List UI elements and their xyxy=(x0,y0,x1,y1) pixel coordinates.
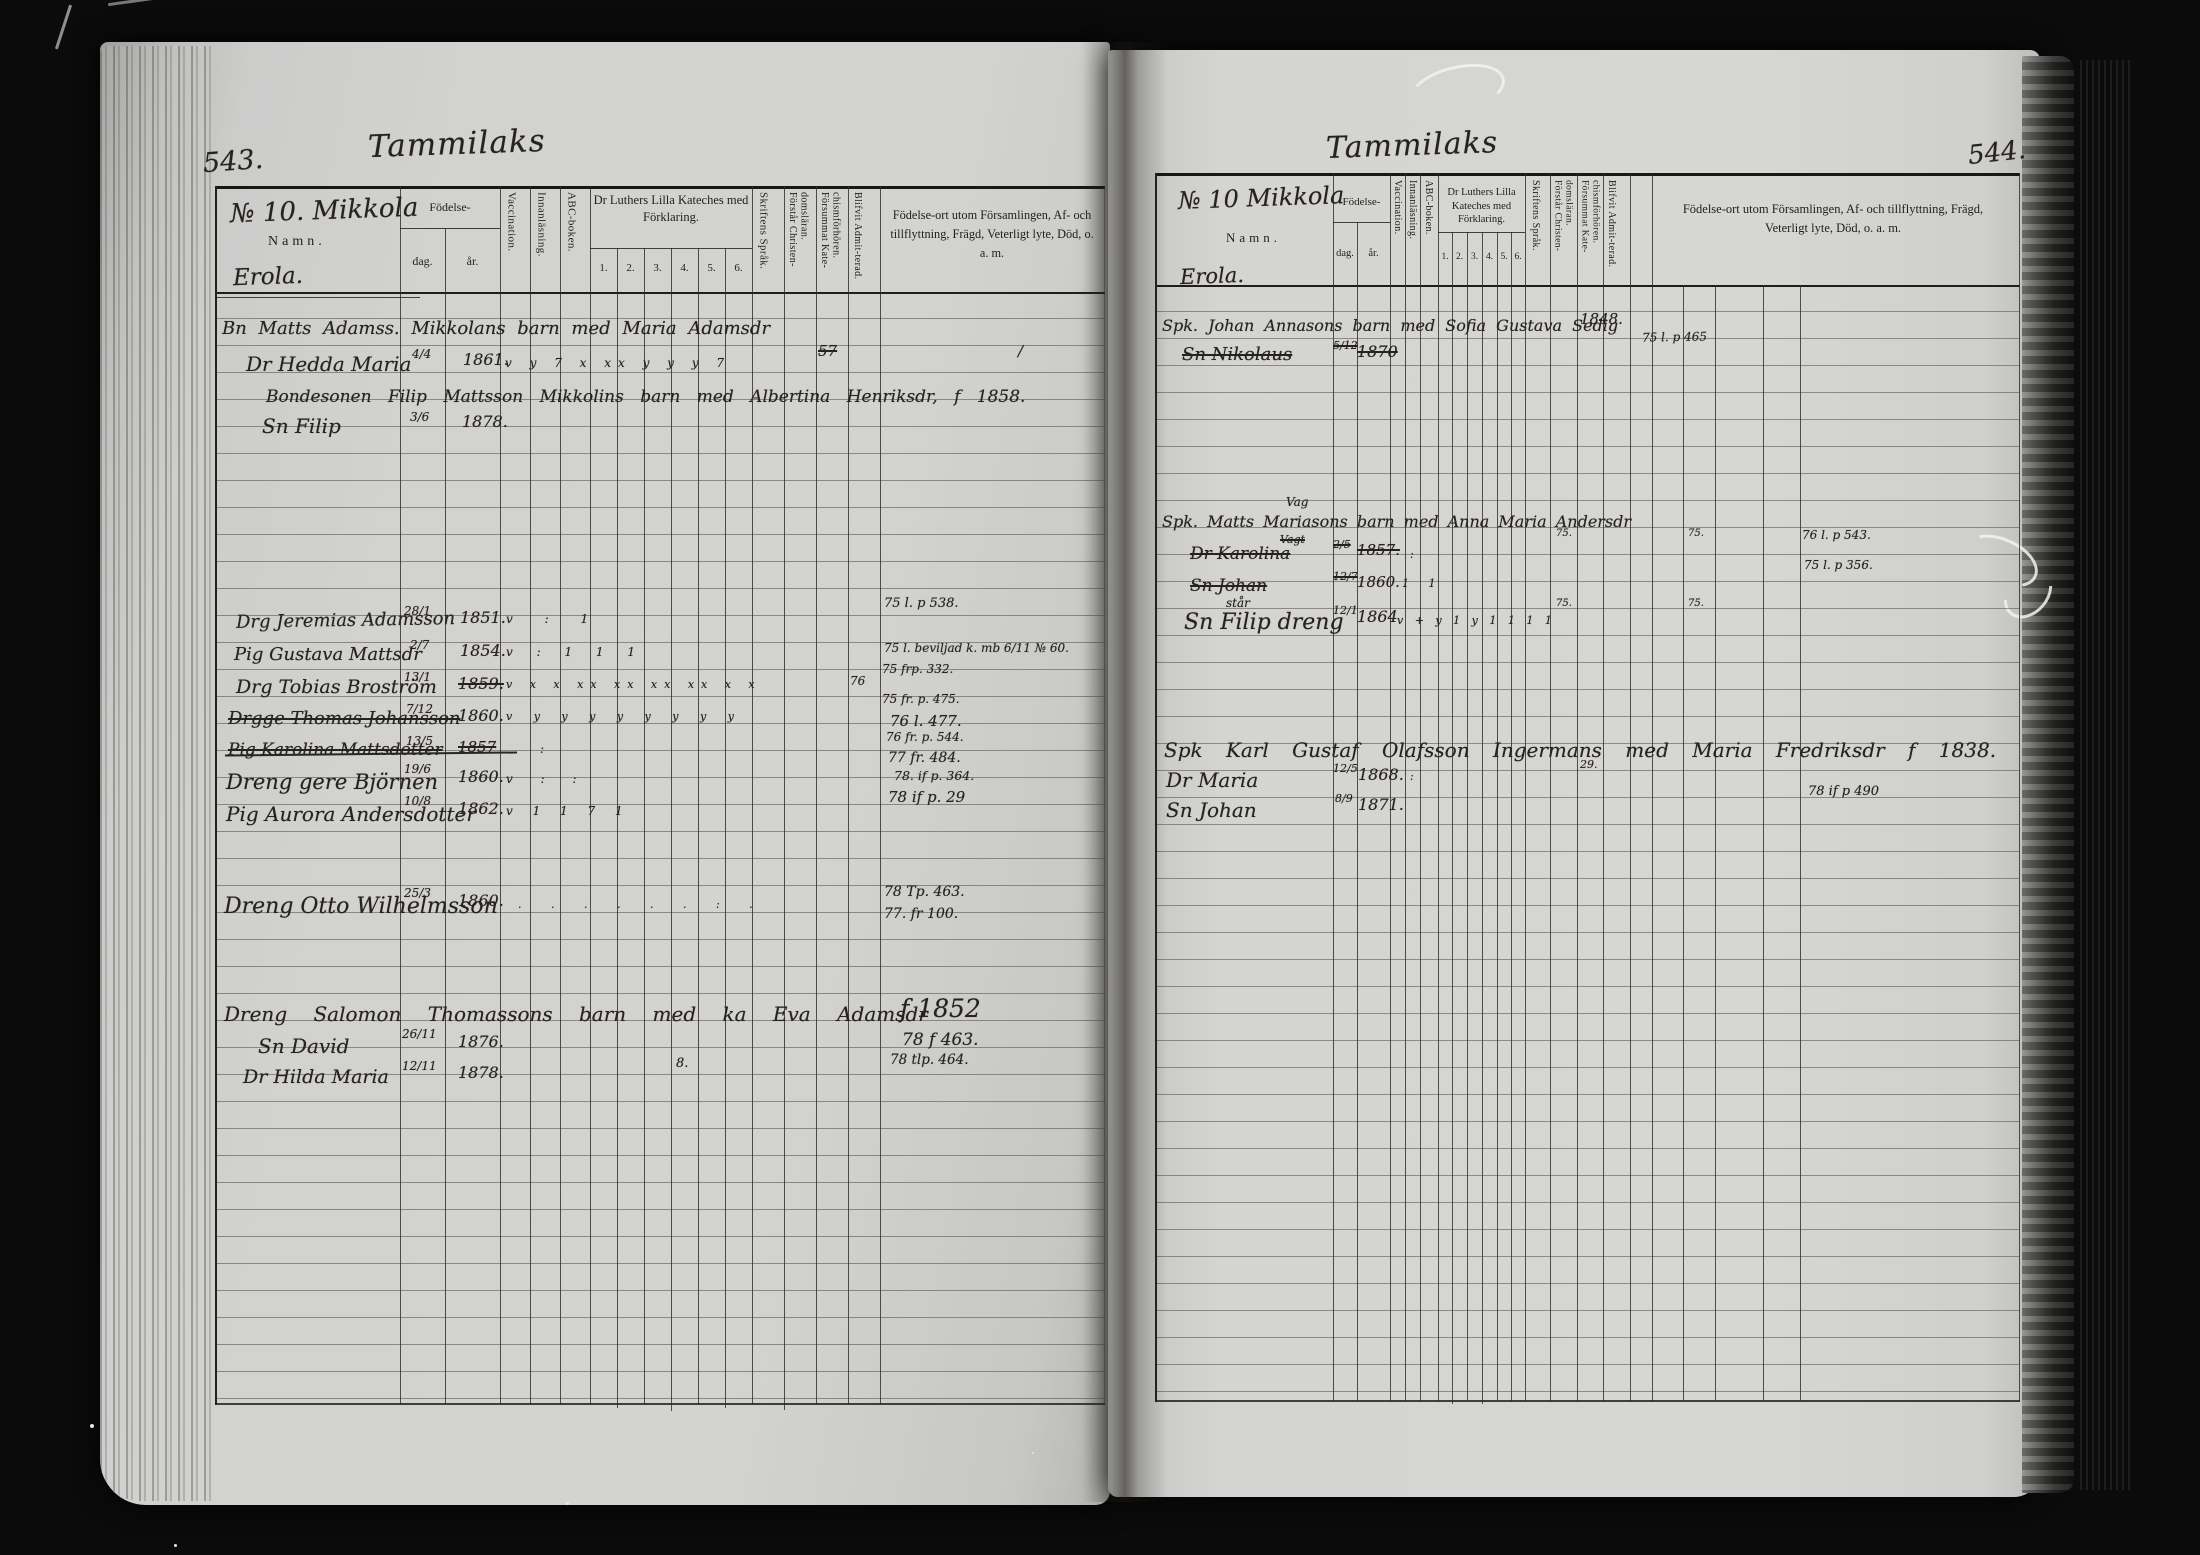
right-col-line xyxy=(1482,232,1483,1404)
entry-mark: 75. xyxy=(1556,528,1572,539)
entry-name: Sn Filip dreng xyxy=(1184,610,1344,635)
left-blifvit-header: Blifvit Admit-terad. xyxy=(852,192,879,294)
entry-exam-marks: 1 1 xyxy=(1402,577,1444,590)
entry-birth-day: 3/6 xyxy=(410,410,429,424)
right-ar-header: år. xyxy=(1357,248,1390,259)
left-vaccination-header: Vaccination. xyxy=(505,192,529,290)
annotation-small: 29. xyxy=(1580,758,1598,771)
left-notes-header: Födelse-ort utom Församlingen, Af- och t… xyxy=(888,206,1096,263)
entry-birth-year: 1860. xyxy=(458,891,504,910)
dust-speck xyxy=(90,1424,94,1428)
left-page-title: Tammilaks xyxy=(367,123,546,165)
right-col-line xyxy=(1467,232,1468,1400)
entry-exam-marks: v 1 1 7 1 xyxy=(506,804,631,818)
left-table-top-border xyxy=(215,186,1105,189)
right-namn-label: Namn. xyxy=(1226,230,1281,246)
left-kateches-col-5: 5. xyxy=(698,262,725,274)
right-innanlasning-header: Innanläsning. xyxy=(1407,180,1420,280)
right-col-line xyxy=(1497,232,1498,1400)
entry-exam-marks: v : : xyxy=(506,772,589,786)
right-subcol-line xyxy=(1683,285,1684,1400)
left-innanlasning-header: Innanläsning. xyxy=(535,192,559,290)
page-stack-edges xyxy=(100,46,212,1501)
entry-birth-year: 1854. xyxy=(460,641,506,660)
right-subcol-line xyxy=(1715,285,1716,1400)
entry-name-struck: Sn Nikolaus xyxy=(1182,344,1292,365)
entry-mark: 8. xyxy=(676,1056,688,1071)
entry-name: Dr Maria xyxy=(1166,768,1258,792)
right-heading-no: № 10 Mikkola xyxy=(1178,181,1345,215)
right-kateches-col-1: 1. xyxy=(1438,252,1452,262)
left-col-line xyxy=(848,186,849,1405)
right-dag-header: dag. xyxy=(1333,248,1357,259)
right-col-line xyxy=(1511,232,1512,1402)
left-col-line xyxy=(644,248,645,1405)
right-skriftens-header: Skriftens Språk. xyxy=(1530,180,1548,280)
entry-birth-year: 1864 xyxy=(1357,607,1398,626)
entry-name: Pig Aurora Andersdotter xyxy=(226,802,476,826)
margin-note: 78. if p. 364. xyxy=(894,768,974,783)
margin-note: 78 f 463. xyxy=(902,1030,979,1050)
right-notes-header: Födelse-ort utom Församlingen, Af- och t… xyxy=(1668,200,1998,238)
left-table-ruled-rows xyxy=(215,292,1105,1404)
entry-name: Sn David xyxy=(258,1034,349,1058)
right-right-border xyxy=(2019,173,2020,1402)
left-col-line xyxy=(880,186,881,1405)
margin-note: 75 frp. 332. xyxy=(882,662,953,676)
margin-note: 75 l. beviljad k. mb 6/11 № 60. xyxy=(884,641,1069,655)
entry-birth-year: 1860. xyxy=(458,767,504,786)
entry-birth-day: 2/7 xyxy=(410,638,429,652)
right-kateches-col-6: 6. xyxy=(1511,252,1525,262)
entry-birth-year: 1871. xyxy=(1358,795,1404,814)
entry-birth-day: 19/6 xyxy=(404,762,431,776)
entry-birth-year: 1876. xyxy=(458,1032,504,1051)
left-forsummat-header: Försummat Kate-chismförhören. xyxy=(819,192,847,294)
left-abc-boken-header: ABC-boken. xyxy=(565,192,589,290)
left-kateches-col-6: 6. xyxy=(725,262,752,274)
entry-name: Dr Hilda Maria xyxy=(243,1066,389,1088)
left-kateches-col-2: 2. xyxy=(617,262,644,274)
left-ar-header: år. xyxy=(445,254,500,269)
left-kateches-col-3: 3. xyxy=(644,262,671,274)
entry-mark: 75. xyxy=(1688,528,1704,539)
entry-mark: / xyxy=(1018,342,1023,360)
entry-birth-day: 13/1 xyxy=(404,670,431,684)
left-col-line xyxy=(617,248,618,1408)
entry-name: Dr Hedda Maria xyxy=(246,352,411,376)
entry-birth-day: 26/11 xyxy=(402,1027,437,1041)
right-kateches-col-4: 4. xyxy=(1482,252,1497,262)
right-page-number: 544. xyxy=(1967,135,2028,171)
entry-birth-day: 12/7 xyxy=(1333,570,1358,583)
entry-admitted-year: 76 xyxy=(850,674,865,688)
family-heading: Dreng Salomon Thomassons barn med ka Eva… xyxy=(224,1002,928,1026)
right-abc-boken-header: ABC-boken. xyxy=(1423,180,1437,280)
right-col-line xyxy=(1525,173,1526,1402)
margin-note: 78 if p 490 xyxy=(1808,784,1879,799)
right-subcol-line xyxy=(1800,285,1801,1400)
right-col-line xyxy=(1603,173,1604,1402)
margin-note: 77 fr. 484. xyxy=(888,750,961,766)
entry-birth-year: 1860. xyxy=(458,706,504,725)
right-table-top-border xyxy=(1155,173,2020,176)
right-col-line xyxy=(1652,173,1653,1402)
entry-birth-year: 1868. xyxy=(1358,765,1404,784)
right-kateches-col-2: 2. xyxy=(1452,252,1467,262)
entry-birth-day: 4/4 xyxy=(412,347,431,361)
entry-birth-year: 1870 xyxy=(1357,342,1398,361)
right-col-line xyxy=(1405,173,1406,1402)
margin-note: 76 l. p 543. xyxy=(1802,528,1871,542)
entry-birth-day: 12/11 xyxy=(402,1059,437,1073)
entry-mark: 75. xyxy=(1688,598,1704,609)
annotation-above: står xyxy=(1226,596,1250,610)
entry-name: Sn Filip xyxy=(262,414,341,438)
right-forsummat-header: Försummat Kate-chismförhören. xyxy=(1579,180,1602,280)
entry-birth-year: 1860. xyxy=(1357,573,1400,591)
left-skriftens-header: Skriftens Språk. xyxy=(757,192,783,290)
left-kateches-col-1: 1. xyxy=(590,262,617,274)
entry-birth-year: 1878. xyxy=(462,412,508,431)
left-fodelse-header: Födelse- xyxy=(400,200,500,215)
margin-note: 78 Tp. 463. xyxy=(884,884,965,900)
entry-birth-day: 25/3 xyxy=(404,886,431,900)
left-page-number: 543. xyxy=(202,144,264,179)
entry-name: Pig Gustava Mattsdr xyxy=(234,644,422,665)
right-kateches-header: Dr Luthers Lilla Kateches med Förklaring… xyxy=(1438,186,1525,227)
entry-birth-day: 12/1 xyxy=(1333,604,1358,617)
margin-note: 76 l. 477. xyxy=(890,712,962,730)
entry-exam-marks: : xyxy=(540,742,544,756)
entry-exam-marks: v y y y y y y y y xyxy=(506,710,743,723)
entry-exam-marks: v y 7 x xx y y y 7 xyxy=(505,356,731,370)
entry-birth-year: 1857. xyxy=(1357,541,1400,559)
entry-name: Sn Johan xyxy=(1166,798,1257,822)
right-col-line xyxy=(1577,173,1578,1402)
right-vaccination-header: Vaccination. xyxy=(1392,180,1405,280)
entry-birth-day: 13/5 xyxy=(406,734,433,748)
entry-birth-day: 7/12 xyxy=(406,702,433,716)
entry-birth-day: 2/5 xyxy=(1333,538,1351,551)
right-col-line xyxy=(1550,173,1551,1402)
dust-speck xyxy=(566,1502,569,1505)
entry-birth-year: 1878. xyxy=(458,1063,504,1082)
margin-note-year: f 1852 xyxy=(900,994,981,1023)
entry-exam-marks: : xyxy=(1410,770,1414,783)
margin-note: 75 fr. p. 475. xyxy=(882,692,960,706)
left-dag-header: dag. xyxy=(400,254,445,269)
entry-mark: 75. xyxy=(1556,598,1572,609)
left-kateches-col-4: 4. xyxy=(671,262,698,274)
scanned-parish-register-spread: 543. Tammilaks № 10. Mikkola Namn. Erola… xyxy=(0,0,2200,1555)
left-kateches-header: Dr Luthers Lilla Kateches med Förklaring… xyxy=(592,192,750,226)
right-col-line xyxy=(1452,232,1453,1404)
right-kateches-col-3: 3. xyxy=(1467,252,1482,262)
entry-birth-day: 10/8 xyxy=(404,794,431,808)
right-table-ruled-rows xyxy=(1155,285,2019,1401)
right-fodelse-subline xyxy=(1333,222,1390,223)
entry-name-struck: Sn Johan xyxy=(1190,576,1267,596)
margin-note: 76 fr. p. 544. xyxy=(886,730,964,744)
entry-birth-day: 8/9 xyxy=(1335,792,1353,805)
right-col-line xyxy=(1630,173,1631,1402)
right-col-line xyxy=(1333,173,1334,1402)
entry-birth-year: 1851. xyxy=(460,608,506,627)
entry-admitted-year: 1848. xyxy=(1580,310,1623,328)
margin-note: 75 l. p 356. xyxy=(1804,558,1873,572)
entry-exam-marks: v : 1 1 1 xyxy=(506,645,645,659)
margin-note: 75 l. p 538. xyxy=(884,596,959,611)
left-col-line xyxy=(752,186,753,1405)
right-kateches-col-5: 5. xyxy=(1497,252,1511,262)
left-border xyxy=(215,186,217,1405)
right-forstar-header: Förstår Christen-domsläran. xyxy=(1552,180,1576,280)
left-namn-label: Namn. xyxy=(268,234,326,250)
left-col-line xyxy=(784,186,785,1410)
entry-exam-marks: . . . . . . : . xyxy=(518,898,766,911)
margin-note: 78 if p. 29 xyxy=(888,788,965,806)
entry-name: Dreng Otto Wilhelmsson xyxy=(224,894,498,919)
entry-exam-marks: v + y 1 y 1 1 1 1 xyxy=(1397,614,1556,627)
dust-speck xyxy=(174,1544,177,1547)
entry-birth-day: 28/1 xyxy=(404,604,431,618)
left-village-name: Erola. xyxy=(233,263,304,291)
right-blifvit-header: Blifvit Admit-terad. xyxy=(1606,180,1629,280)
right-margin-texture xyxy=(2080,60,2130,1490)
left-col-line xyxy=(671,248,672,1411)
family-heading: Spk. Johan Annasons barn med Sofia Gusta… xyxy=(1162,316,1618,335)
dust-speck xyxy=(1032,1452,1034,1454)
margin-note: 75 l. p 465 xyxy=(1642,329,1707,344)
left-forstar-header: Förstår Christen-domsläran. xyxy=(787,192,815,294)
right-page-title: Tammilaks xyxy=(1325,125,1498,166)
right-subcol-line xyxy=(1763,285,1764,1400)
entry-exam-marks: v x x xx xx xx xx x x xyxy=(506,678,762,691)
right-border xyxy=(1155,173,1157,1402)
left-fodelse-subline xyxy=(400,228,500,229)
family-heading: Bn Matts Adamss. Mikkolans barn med Mari… xyxy=(222,318,770,339)
entry-exam-marks: v : 1 xyxy=(506,612,602,626)
entry-birth-day: 5/12 xyxy=(1333,339,1358,352)
entry-struck-mark: 57 xyxy=(818,342,837,360)
right-col-line xyxy=(1438,173,1439,1402)
entry-birth-year: 1862. xyxy=(458,799,504,818)
scratch-artifact xyxy=(55,5,72,50)
entry-name-struck: Dr Karolina xyxy=(1190,544,1290,564)
left-col-line xyxy=(725,248,726,1408)
left-col-line xyxy=(816,186,817,1405)
right-page-torn-edge xyxy=(2022,56,2074,1493)
right-village-name: Erola. xyxy=(1180,263,1245,289)
entry-exam-marks: : xyxy=(1410,548,1414,561)
right-fodelse-header: Födelse- xyxy=(1333,196,1390,208)
right-col-line xyxy=(1420,173,1421,1402)
margin-note: 77. fr 100. xyxy=(884,906,958,922)
scratch-artifact xyxy=(108,0,154,6)
annotation-above: Vag xyxy=(1286,495,1308,509)
entry-birth-year: 1861. xyxy=(463,350,509,369)
left-col-line xyxy=(698,248,699,1405)
entry-birth-day: 12/5 xyxy=(1333,762,1358,775)
family-heading: Bondesonen Filip Mattsson Mikkolins barn… xyxy=(266,387,1025,407)
margin-note: 78 tlp. 464. xyxy=(890,1052,969,1068)
left-right-border xyxy=(1104,186,1105,1405)
entry-birth-year: 1859. xyxy=(458,674,504,693)
